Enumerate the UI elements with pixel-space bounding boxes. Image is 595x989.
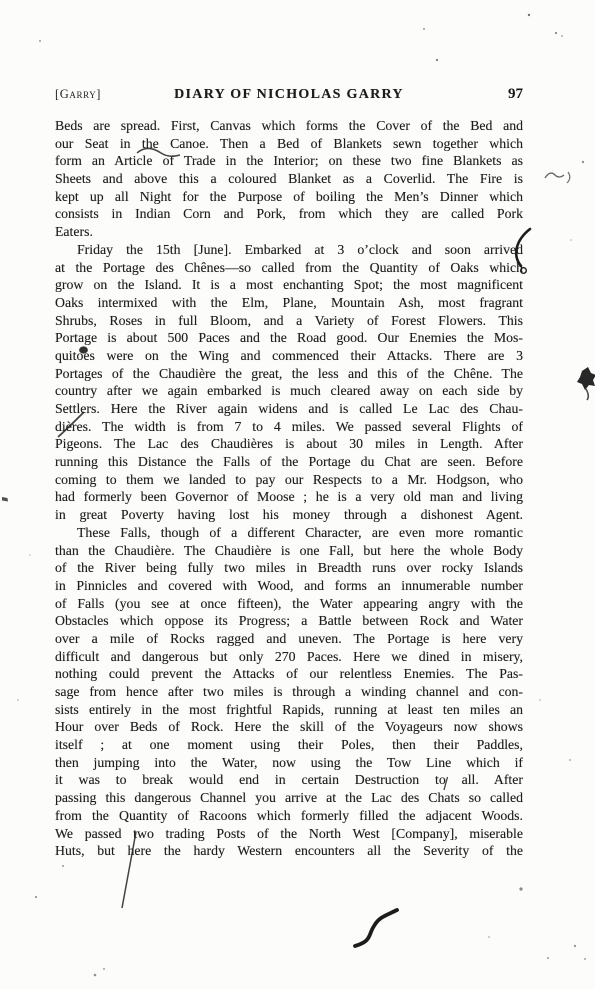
- text-line: nothing could prevent the Attacks of our…: [55, 665, 523, 683]
- text-line: quitoes were on the Wing and commenced t…: [55, 347, 523, 365]
- text-line: our Seat in the Canoe. Then a Bed of Bla…: [55, 135, 523, 153]
- text-line: difficult and dangerous but only 270 Pac…: [55, 648, 523, 666]
- text-line: of Falls (you see at once fifteen), the …: [55, 595, 523, 613]
- text-line: Pigeons. The Lac des Chaudières is about…: [55, 435, 523, 453]
- text-line: Settlers. Here the River again widens an…: [55, 400, 523, 418]
- page-number: 97: [428, 86, 523, 103]
- scanned-page: [Garry] DIARY OF NICHOLAS GARRY 97 Beds …: [0, 0, 595, 989]
- page-title: DIARY OF NICHOLAS GARRY: [150, 87, 428, 103]
- text-line: grow on the Island. It is a most enchant…: [55, 276, 523, 294]
- text-line: at the Portage des Chênes—so called from…: [55, 259, 523, 277]
- squiggle-top-right-margin: [545, 173, 564, 178]
- text-line: consists in Indian Corn and Pork, from w…: [55, 205, 523, 223]
- text-line: Friday the 15th [June]. Embarked at 3 o’…: [55, 241, 523, 259]
- text-line: We passed two trading Posts of the North…: [55, 825, 523, 843]
- author-tag: [Garry]: [55, 87, 150, 102]
- page-header: [Garry] DIARY OF NICHOLAS GARRY 97: [55, 86, 523, 103]
- page-body: Beds are spread. First, Canvas which for…: [55, 117, 523, 860]
- text-line: country after we again embarked is much …: [55, 382, 523, 400]
- text-line: sists entirely in the most frightful Rap…: [55, 701, 523, 719]
- text-line: then jumping into the Water, now using t…: [55, 754, 523, 772]
- text-line: Portage is about 500 Paces and the Road …: [55, 329, 523, 347]
- ink-splat-right-margin: [577, 367, 595, 390]
- text-line: from the Quantity of Racoons which forme…: [55, 807, 523, 825]
- text-line: had formerly been Governor of Moose ; he…: [55, 488, 523, 506]
- text-line: Huts, but here the hardy Western encount…: [55, 842, 523, 860]
- text-line: Beds are spread. First, Canvas which for…: [55, 117, 523, 135]
- text-line: form an Article of Trade in the Interior…: [55, 152, 523, 170]
- s-squiggle-bottom-center: [355, 910, 397, 946]
- text-line: kept up all Night for the Purpose of boi…: [55, 188, 523, 206]
- text-line: These Falls, though of a different Chara…: [55, 524, 523, 542]
- text-line: than the Chaudière. The Chaudière is one…: [55, 542, 523, 560]
- text-line: running this Distance the Falls of the P…: [55, 453, 523, 471]
- text-line: Sheets and above this a coloured Blanket…: [55, 170, 523, 188]
- text-line: over a mile of Rocks ragged and uneven. …: [55, 630, 523, 648]
- text-line: it was to break would end in certain Des…: [55, 771, 523, 789]
- text-line: Oaks intermixed with the Elm, Plane, Mou…: [55, 294, 523, 312]
- squiggle-top-right-tail: [567, 172, 570, 183]
- text-line: Portages of the Chaudière the great, the…: [55, 365, 523, 383]
- tick-left-edge: [2, 497, 8, 502]
- text-line: Hour over Beds of Rock. Here the skill o…: [55, 718, 523, 736]
- text-line: Obstacles which oppose its Progress; a B…: [55, 612, 523, 630]
- text-line: Shrubs, Roses in full Bloom, and a Varie…: [55, 312, 523, 330]
- text-line: passing this dangerous Channel you arriv…: [55, 789, 523, 807]
- text-line: coming to them we landed to pay our Resp…: [55, 471, 523, 489]
- text-line: Eaters.: [55, 223, 523, 241]
- text-line: of the River being fully two miles in Br…: [55, 559, 523, 577]
- text-line: in great Poverty having lost his money t…: [55, 506, 523, 524]
- text-line: itself ; at one moment using their Poles…: [55, 736, 523, 754]
- text-line: sage from hence after two miles is throu…: [55, 683, 523, 701]
- text-line: dières. The width is from 7 to 4 miles. …: [55, 418, 523, 436]
- ink-splat-tail: [586, 389, 588, 400]
- text-line: in Pinnicles and covered with Wood, and …: [55, 577, 523, 595]
